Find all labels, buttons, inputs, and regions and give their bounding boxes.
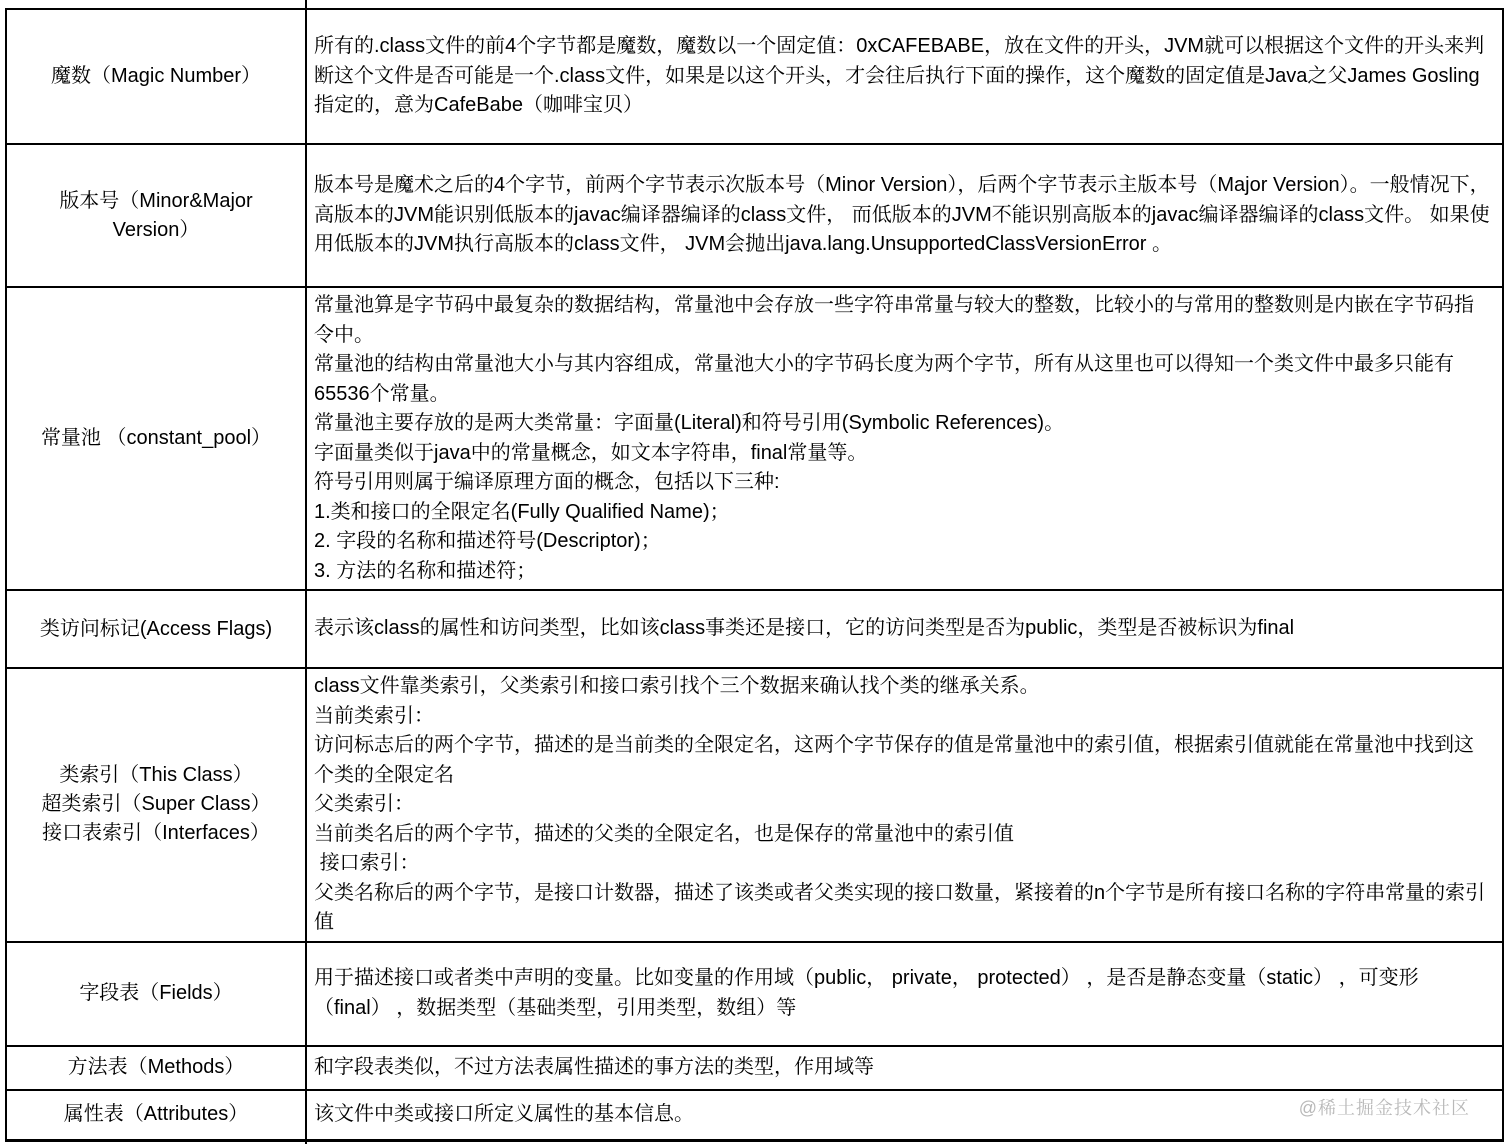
table-row-access-flags: 类访问标记(Access Flags) 表示该class的属性和访问类型，比如该… xyxy=(7,591,1502,669)
term-cell-fields: 字段表（Fields） xyxy=(7,943,307,1045)
table-row-class-index: 类索引（This Class）超类索引（Super Class）接口表索引（In… xyxy=(7,669,1502,943)
desc-cell-constant-pool: 常量池算是字节码中最复杂的数据结构，常量池中会存放一些字符串常量与较大的整数，比… xyxy=(307,288,1502,589)
term-cell-methods: 方法表（Methods） xyxy=(7,1047,307,1089)
page: 魔数（Magic Number） 所有的.class文件的前4个字节都是魔数，魔… xyxy=(0,0,1512,1144)
term-cell-magic-number: 魔数（Magic Number） xyxy=(7,10,307,143)
table-row-magic-number: 魔数（Magic Number） 所有的.class文件的前4个字节都是魔数，魔… xyxy=(7,10,1502,145)
table-row-version: 版本号（Minor&MajorVersion） 版本号是魔术之后的4个字节，前两… xyxy=(7,145,1502,288)
desc-cell-version: 版本号是魔术之后的4个字节，前两个字节表示次版本号（Minor Version）… xyxy=(307,145,1502,286)
juejin-watermark: @稀土掘金技术社区 xyxy=(1299,1094,1470,1120)
table-row-fields: 字段表（Fields） 用于描述接口或者类中声明的变量。比如变量的作用域（pub… xyxy=(7,943,1502,1047)
term-cell-attributes: 属性表（Attributes） xyxy=(7,1091,307,1139)
table-row-methods: 方法表（Methods） 和字段表类似，不过方法表属性描述的事方法的类型，作用域… xyxy=(7,1047,1502,1091)
term-cell-access-flags: 类访问标记(Access Flags) xyxy=(7,591,307,667)
term-cell-version: 版本号（Minor&MajorVersion） xyxy=(7,145,307,286)
table-row-constant-pool: 常量池 （constant_pool） 常量池算是字节码中最复杂的数据结构，常量… xyxy=(7,288,1502,591)
term-cell-constant-pool: 常量池 （constant_pool） xyxy=(7,288,307,589)
desc-cell-access-flags: 表示该class的属性和访问类型，比如该class事类还是接口，它的访问类型是否… xyxy=(307,591,1502,667)
class-file-structure-table: 魔数（Magic Number） 所有的.class文件的前4个字节都是魔数，魔… xyxy=(5,8,1504,1142)
term-cell-class-index: 类索引（This Class）超类索引（Super Class）接口表索引（In… xyxy=(7,669,307,941)
table-row-attributes: 属性表（Attributes） 该文件中类或接口所定义属性的基本信息。 xyxy=(7,1091,1502,1139)
column-divider-stub-top xyxy=(305,0,307,8)
desc-cell-fields: 用于描述接口或者类中声明的变量。比如变量的作用域（public， private… xyxy=(307,943,1502,1045)
desc-cell-class-index: class文件靠类索引，父类索引和接口索引找个三个数据来确认找个类的继承关系。当… xyxy=(307,669,1502,941)
desc-cell-methods: 和字段表类似，不过方法表属性描述的事方法的类型，作用域等 xyxy=(307,1047,1502,1089)
desc-cell-magic-number: 所有的.class文件的前4个字节都是魔数，魔数以一个固定值：0xCAFEBAB… xyxy=(307,10,1502,143)
column-divider-stub-bottom xyxy=(305,1139,307,1144)
